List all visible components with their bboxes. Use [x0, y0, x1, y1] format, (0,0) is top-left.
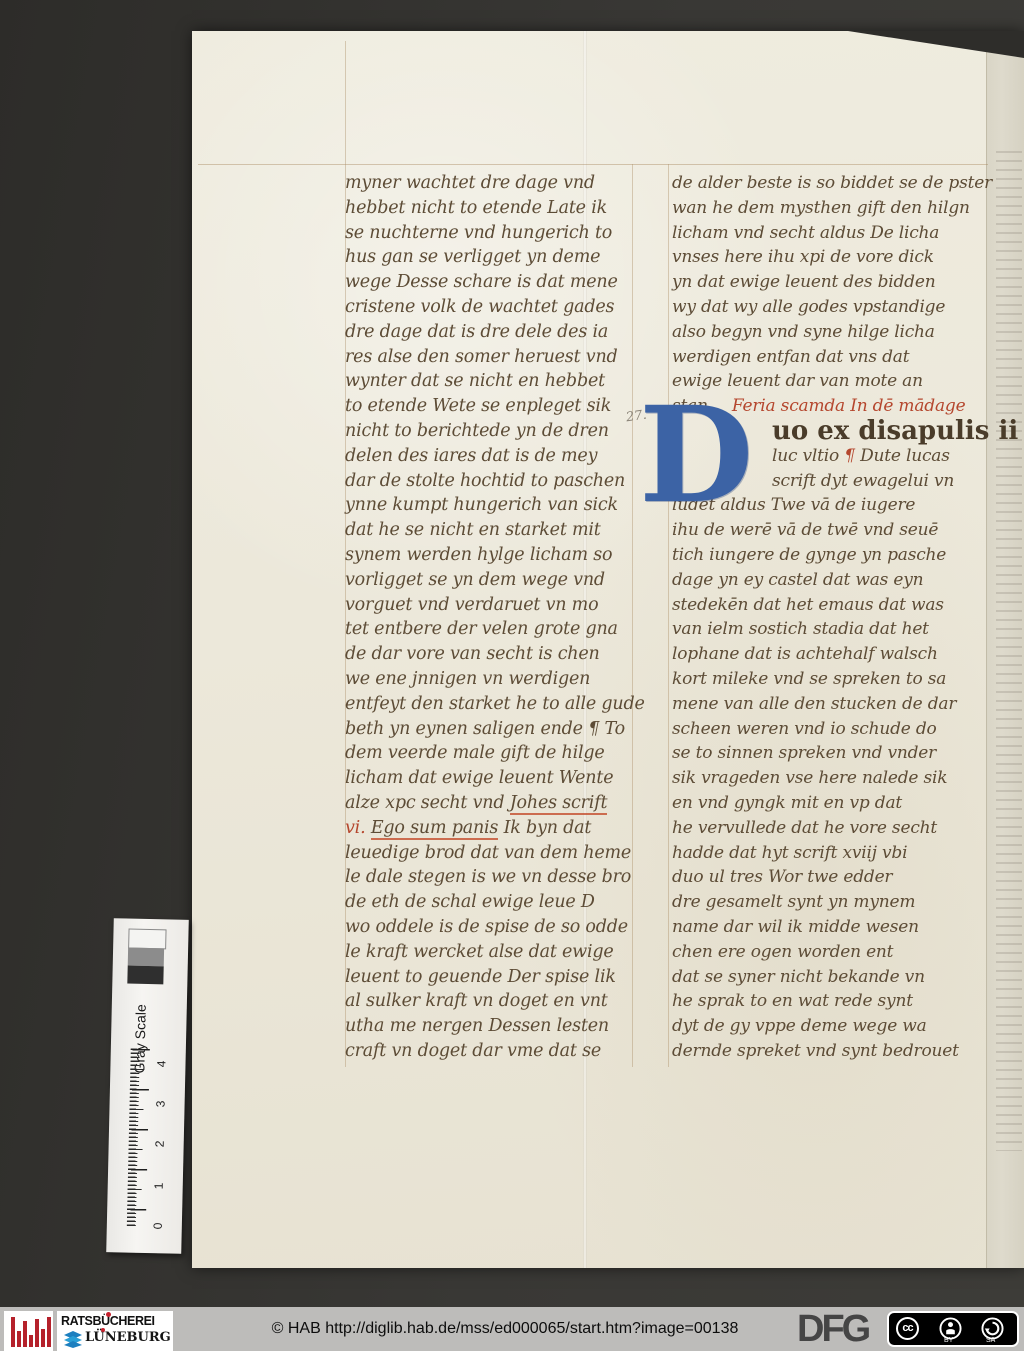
manuscript-text-line: sik vrageden vse here nalede sik — [672, 766, 994, 791]
manuscript-text-line: de alder beste is so biddet se de pster — [672, 171, 994, 196]
manuscript-text-line: werdigen entfan dat vns dat — [672, 345, 994, 370]
manuscript-text-line: scheen weren vnd io schude do — [672, 717, 994, 742]
manuscript-text-line: ynne kumpt hungerich van sick — [345, 493, 632, 518]
manuscript-text-line: vorguet vnd verdaruet vn mo — [345, 593, 632, 618]
ruler-number: 0 — [151, 1215, 165, 1229]
manuscript-text-line: licham vnd secht aldus De licha — [672, 221, 994, 246]
manuscript-text-line: dem veerde male gift de hilge — [345, 741, 632, 766]
manuscript-text-line: lophane dat is achtehalf walsch — [672, 642, 994, 667]
sa-label: SA — [986, 1337, 995, 1344]
gray-patch-dark — [127, 966, 163, 985]
red-underlined-citation: Johes scrift — [510, 793, 608, 815]
manuscript-text-line: he vervullede dat he vore secht — [672, 816, 994, 841]
manuscript-text-line: dar de stolte hochtid to paschen — [345, 469, 632, 494]
manuscript-text-line: utha me nergen Dessen lesten — [345, 1014, 632, 1039]
manuscript-text-line: vnses here ihu xpi de vore dick — [672, 245, 994, 270]
manuscript-text-line: wan he dem mysthen gift den hilgn — [672, 196, 994, 221]
manuscript-text-line: dat se syner nicht bekande vn — [672, 965, 994, 990]
line-text: alze xpc secht vnd — [345, 793, 510, 813]
footer-bar: RATSBÜCHEREI LÜNEBURG © HAB http://digli… — [0, 1307, 1024, 1351]
manuscript-text-line: hebbet nicht to etende Late ik — [345, 196, 632, 221]
library-city-label: LÜNEBURG — [85, 1330, 171, 1345]
manuscript-text-line: res alse den somer heruest vnd — [345, 345, 632, 370]
manuscript-text-line: wo oddele is de spise de so odde — [345, 915, 632, 940]
manuscript-text-line: tich iungere de gynge yn pasche — [672, 543, 994, 568]
library-logo: RATSBÜCHEREI LÜNEBURG — [57, 1311, 173, 1351]
ruler-ticks-cm — [127, 1049, 150, 1228]
manuscript-text-line: also begyn vnd syne hilge licha — [672, 320, 994, 345]
manuscript-text-line: nicht to berichtede yn de dren — [345, 419, 632, 444]
organ-pipes-icon — [11, 1317, 51, 1347]
manuscript-text-line: van ielm sostich stadia dat het — [672, 617, 994, 642]
gray-patch-mid — [128, 948, 164, 967]
line-text: Dute lucas — [860, 446, 950, 466]
manuscript-text-line: vorligget se yn dem wege vnd — [345, 568, 632, 593]
manuscript-text-line: delen des iares dat is de mey — [345, 444, 632, 469]
manuscript-text-line: hus gan se verligget yn deme — [345, 245, 632, 270]
manuscript-text-line: wynter dat se nicht en hebbet — [345, 369, 632, 394]
ruling-line-col2-left — [668, 164, 669, 1067]
manuscript-text-line: name dar wil ik midde wesen — [672, 915, 994, 940]
by-label: BY — [944, 1337, 953, 1344]
manuscript-text-line: leuent to geuende Der spise lik — [345, 965, 632, 990]
decorated-initial-letter: D — [639, 397, 769, 527]
manuscript-text-line: entfeyt den starket he to alle gude — [345, 692, 632, 717]
line-text: Ik byn dat — [498, 818, 591, 838]
copyright-url-text: © HAB http://diglib.hab.de/mss/ed000065/… — [240, 1307, 770, 1351]
dfg-logo: DFG — [797, 1308, 868, 1351]
manuscript-text-line: tet entbere der velen grote gna — [345, 617, 632, 642]
pilcrow-mark: ¶ — [844, 446, 855, 466]
cc-icon: cc — [896, 1317, 919, 1340]
manuscript-text-line: yn dat ewige leuent des bidden — [672, 270, 994, 295]
manuscript-text-line: wege Desse schare is dat mene — [345, 270, 632, 295]
manuscript-text-line: myner wachtet dre dage vnd — [345, 171, 632, 196]
manuscript-text-line: wy dat wy alle godes vpstandige — [672, 295, 994, 320]
manuscript-text-line: le kraft wercket alse dat ewige — [345, 940, 632, 965]
ruler-number: 3 — [154, 1093, 168, 1107]
manuscript-text-line: he sprak to en wat rede synt — [672, 989, 994, 1014]
manuscript-text-line: dage yn ey castel dat was eyn — [672, 568, 994, 593]
manuscript-text-line: mene van alle den stucken de dar — [672, 692, 994, 717]
manuscript-text-line: le dale stegen is we vn desse bro — [345, 865, 632, 890]
red-underlined-citation: Ego sum panis — [371, 818, 498, 840]
ruler-number: 4 — [154, 1053, 168, 1067]
manuscript-text-line: dat he se nicht en starket mit — [345, 518, 632, 543]
pencil-foliation-note: 27. — [625, 408, 648, 426]
manuscript-text-line: de dar vore van secht is chen — [345, 642, 632, 667]
manuscript-text-line: se to sinnen spreken vnd vnder — [672, 741, 994, 766]
left-text-column: myner wachtet dre dage vndhebbet nicht t… — [345, 171, 632, 1064]
manuscript-text-line: dre dage dat is dre dele des ia — [345, 320, 632, 345]
manuscript-text-line: cristene volk de wachtet gades — [345, 295, 632, 320]
manuscript-text-line: chen ere ogen worden ent — [672, 940, 994, 965]
manuscript-text-line: kort mileke vnd se spreken to sa — [672, 667, 994, 692]
manuscript-text-line: to etende Wete se enpleget sik — [345, 394, 632, 419]
manuscript-text-line: se nuchterne vnd hungerich to — [345, 221, 632, 246]
manuscript-text-line: dyt de gy vppe deme wege wa — [672, 1014, 994, 1039]
ruler-number: 1 — [152, 1175, 166, 1189]
manuscript-text-line: al sulker kraft vn doget en vnt — [345, 989, 632, 1014]
manuscript-text-line: vi. Ego sum panis Ik byn dat — [345, 816, 632, 841]
line-text: luc vltio — [772, 446, 839, 466]
manuscript-text-line: dre gesamelt synt yn mynem — [672, 890, 994, 915]
manuscript-text-line: alze xpc secht vnd Johes scrift — [345, 791, 632, 816]
chapter-numeral: vi. — [345, 818, 365, 838]
red-umlaut-dot — [101, 1328, 105, 1332]
gray-patch-white — [128, 929, 166, 950]
manuscript-text-line: leuedige brod dat van dem heme — [345, 841, 632, 866]
manuscript-text-line: hadde dat hyt scrift xviij vbi — [672, 841, 994, 866]
manuscript-text-line: synem werden hylge licham so — [345, 543, 632, 568]
red-umlaut-dot — [106, 1312, 111, 1317]
manuscript-text-line: duo ul tres Wor twe edder — [672, 865, 994, 890]
ruling-line-horizontal — [198, 164, 988, 165]
organ-pipes-logo — [4, 1311, 53, 1351]
manuscript-text-line: beth yn eynen saligen ende ¶ To — [345, 717, 632, 742]
manuscript-text-line: en vnd gyngk mit en vp dat — [672, 791, 994, 816]
manuscript-text-line: dernde spreket vnd synt bedrouet — [672, 1039, 994, 1064]
manuscript-page: myner wachtet dre dage vndhebbet nicht t… — [192, 31, 1024, 1268]
ruling-line-col1-right — [632, 164, 633, 1067]
manuscript-text-line: stedekēn dat het emaus dat was — [672, 593, 994, 618]
ruler-number: 2 — [153, 1133, 167, 1147]
manuscript-text-line: we ene jnnigen vn werdigen — [345, 667, 632, 692]
manuscript-text-line: licham dat ewige leuent Wente — [345, 766, 632, 791]
gray-scale-ruler: Gray Scale 4 3 2 1 0 — [106, 918, 189, 1254]
wave-icon — [63, 1330, 83, 1348]
manuscript-text-line: craft vn doget dar vme dat se — [345, 1039, 632, 1064]
cc-license-badge: cc BY SA — [887, 1311, 1019, 1347]
digitized-manuscript-viewer: { "colors": { "ink": "#5d4c36", "rubric_… — [0, 0, 1024, 1351]
right-text-column: de alder beste is so biddet se de psterw… — [672, 171, 994, 1064]
manuscript-text-line: de eth de schal ewige leue D — [345, 890, 632, 915]
leaf-edge-texture — [996, 151, 1022, 1151]
